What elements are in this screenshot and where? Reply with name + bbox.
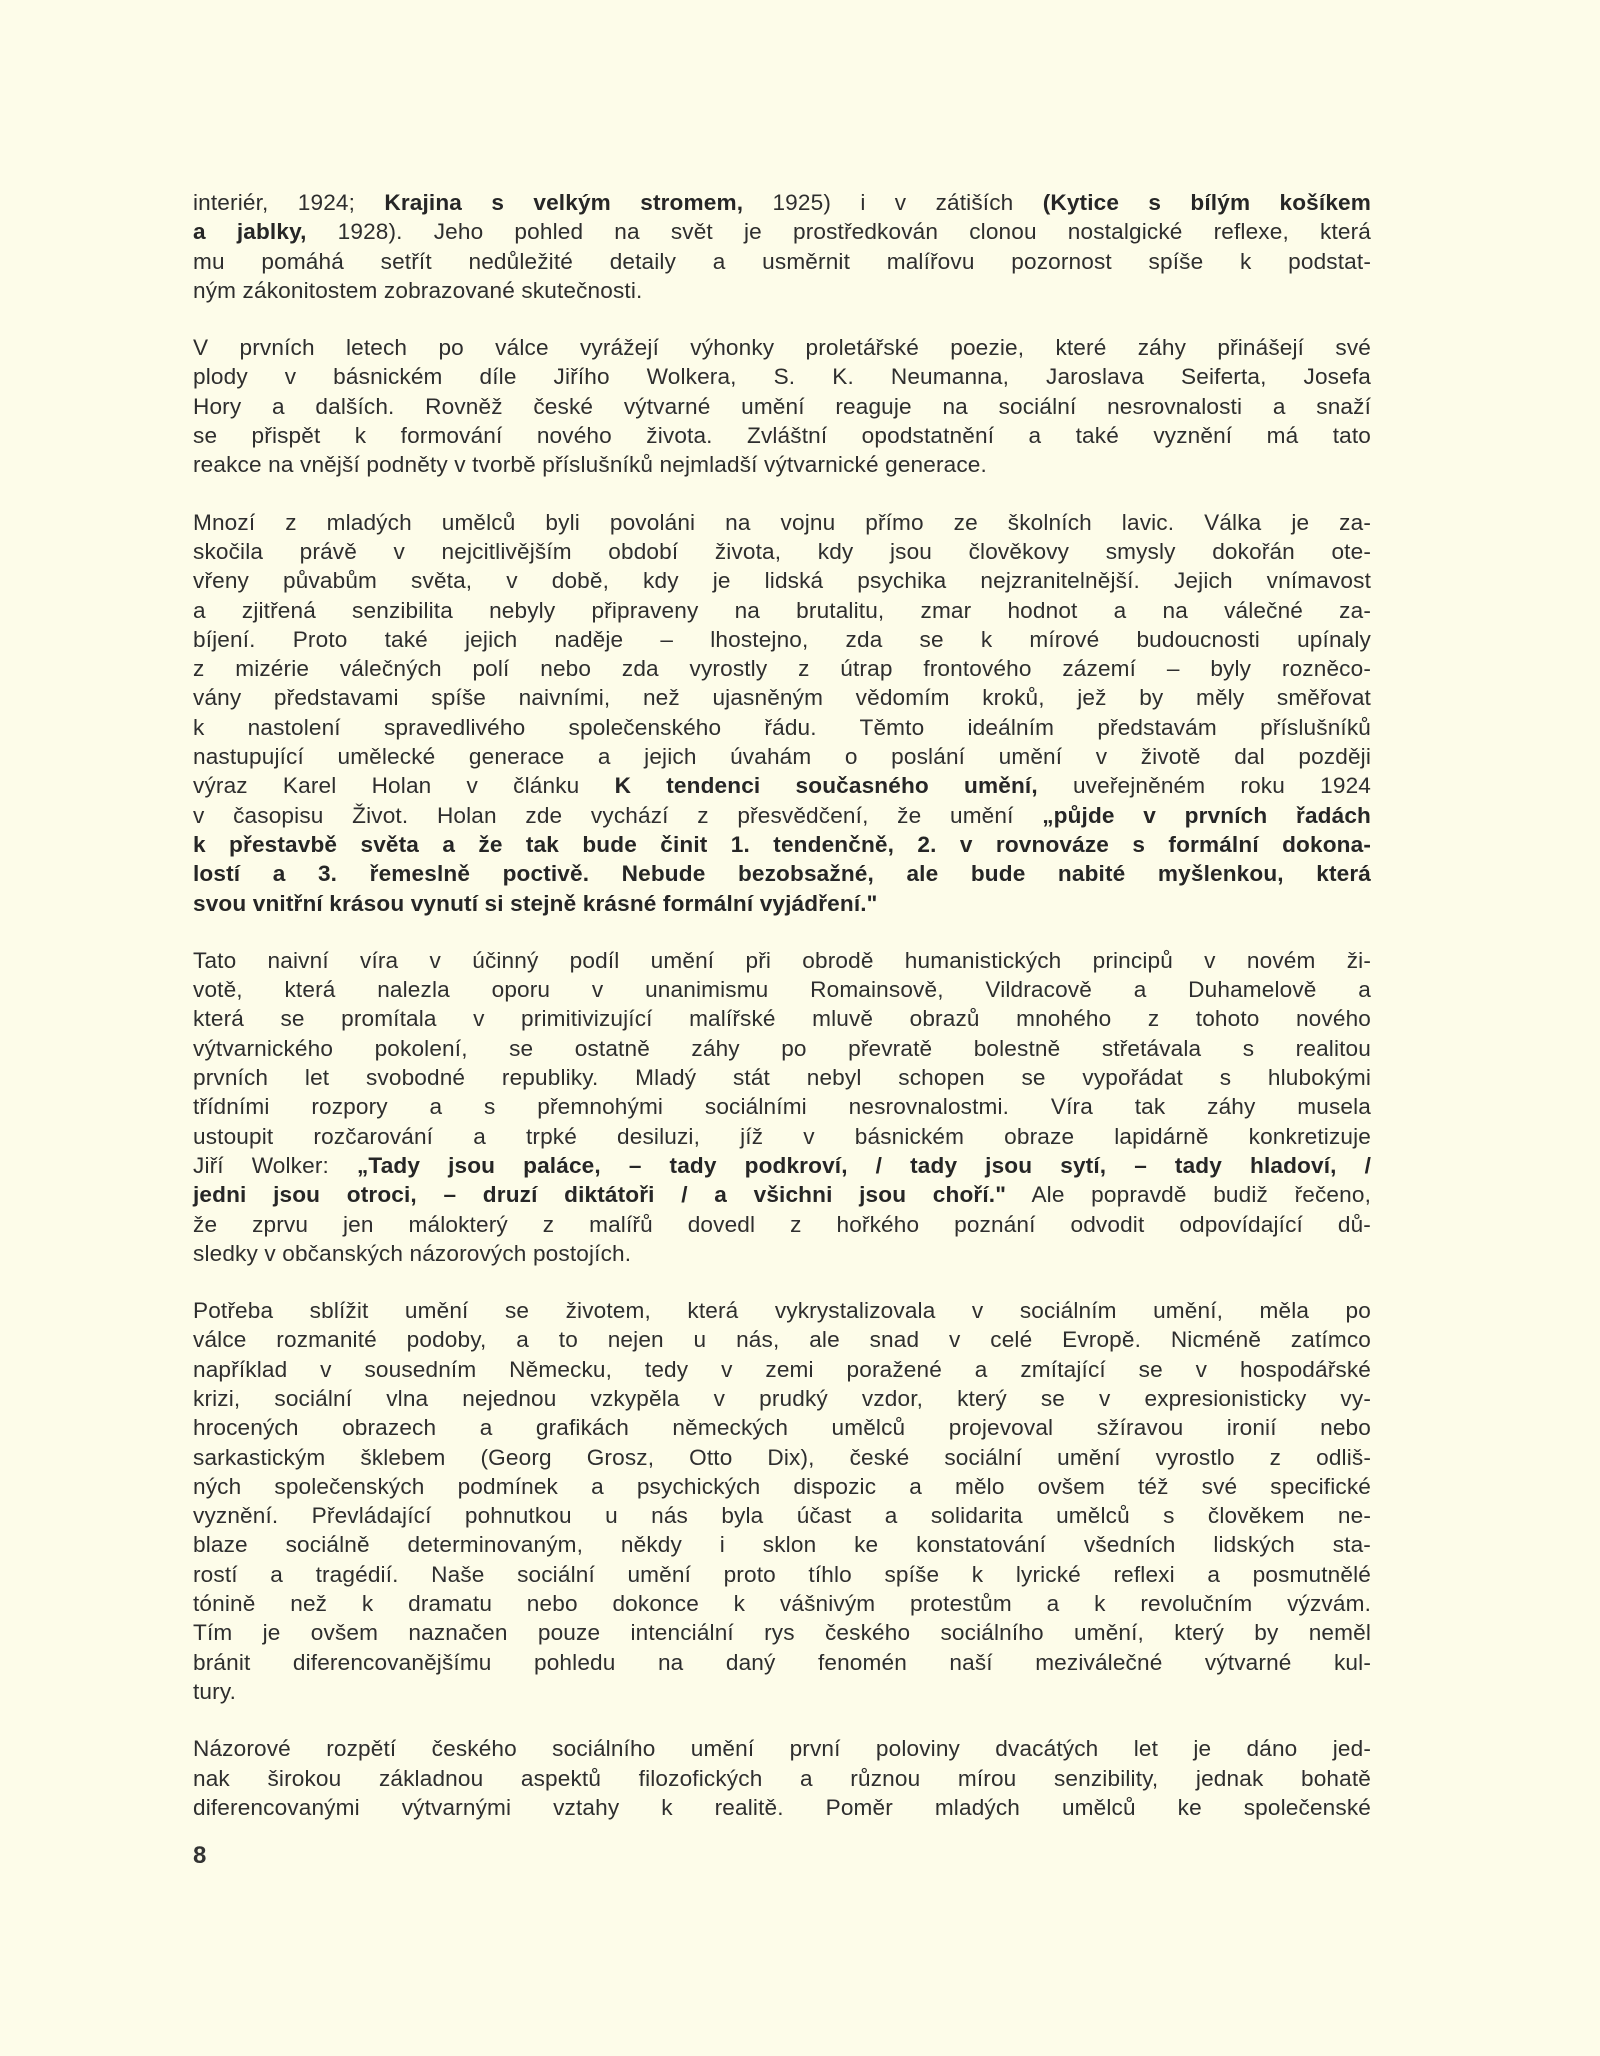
text-line: prvních let svobodné republiky. Mladý st…: [193, 1063, 1371, 1092]
text-line: třídními rozpory a s přemnohými sociální…: [193, 1092, 1371, 1121]
paragraph: interiér, 1924; Krajina s velkým stromem…: [193, 188, 1371, 305]
text-line: ných společenských podmínek a psychickýc…: [193, 1472, 1371, 1501]
text-run: uveřejněném roku 1924: [1038, 773, 1371, 798]
text-line: sarkastickým šklebem (Georg Grosz, Otto …: [193, 1443, 1371, 1472]
text-run: bránit diferencovanějšímu pohledu na dan…: [193, 1650, 1371, 1675]
text-line: k přestavbě světa a že tak bude činit 1.…: [193, 830, 1371, 859]
text-line: sledky v občanských názorových postojích…: [193, 1239, 1371, 1268]
text-line: Potřeba sblížit umění se životem, která …: [193, 1296, 1371, 1325]
text-line: výtvarnického pokolení, se ostatně záhy …: [193, 1034, 1371, 1063]
text-line: Tím je ovšem naznačen pouze intenciální …: [193, 1618, 1371, 1647]
text-line: diferencovanými výtvarnými vztahy k real…: [193, 1793, 1371, 1822]
text-run: válce rozmanité podoby, a to nejen u nás…: [193, 1327, 1371, 1352]
text-run: v časopisu Život. Holan zde vychází z př…: [193, 803, 1042, 828]
bold-text-run: K tendenci současného umění,: [615, 773, 1038, 798]
text-run: výtvarnického pokolení, se ostatně záhy …: [193, 1036, 1371, 1061]
text-run: bíjení. Proto také jejich naděje – lhost…: [193, 627, 1371, 652]
text-run: Ale popravdě budiž řečeno,: [1006, 1182, 1371, 1207]
text-run: ných společenských podmínek a psychickýc…: [193, 1474, 1371, 1499]
text-line: k nastolení spravedlivého společenského …: [193, 713, 1371, 742]
text-run: například v sousedním Německu, tedy v ze…: [193, 1357, 1371, 1382]
text-line: V prvních letech po válce vyrážejí výhon…: [193, 333, 1371, 362]
text-line: z mizérie válečných polí nebo zda vyrost…: [193, 654, 1371, 683]
text-run: hrocených obrazech a grafikách německých…: [193, 1415, 1371, 1440]
bold-text-run: svou vnitřní krásou vynutí si stejně krá…: [193, 891, 878, 916]
text-line: Mnozí z mladých umělců byli povoláni na …: [193, 508, 1371, 537]
text-run: Mnozí z mladých umělců byli povoláni na …: [193, 510, 1371, 535]
text-line: jedni jsou otroci, – druzí diktátoři / a…: [193, 1180, 1371, 1209]
paragraph: Tato naivní víra v účinný podíl umění př…: [193, 946, 1371, 1268]
text-run: skočila právě v nejcitlivějším období ži…: [193, 539, 1371, 564]
text-line: Hory a dalších. Rovněž české výtvarné um…: [193, 392, 1371, 421]
text-line: krizi, sociální vlna nejednou vzkypěla v…: [193, 1384, 1371, 1413]
paragraph: Mnozí z mladých umělců byli povoláni na …: [193, 508, 1371, 918]
text-line: Tato naivní víra v účinný podíl umění př…: [193, 946, 1371, 975]
text-run: vány představami spíše naivními, než uja…: [193, 685, 1371, 710]
text-line: vřeny půvabům světa, v době, kdy je lids…: [193, 566, 1371, 595]
text-run: Hory a dalších. Rovněž české výtvarné um…: [193, 394, 1371, 419]
text-line: tónině než k dramatu nebo dokonce k vášn…: [193, 1589, 1371, 1618]
text-line: rostí a tragédií. Naše sociální umění pr…: [193, 1560, 1371, 1589]
text-run: vyznění. Převládající pohnutkou u nás by…: [193, 1503, 1371, 1528]
text-line: mu pomáhá setřít nedůležité detaily a us…: [193, 247, 1371, 276]
text-run: vřeny půvabům světa, v době, kdy je lids…: [193, 568, 1371, 593]
text-run: tónině než k dramatu nebo dokonce k vášn…: [193, 1591, 1371, 1616]
text-line: výraz Karel Holan v článku K tendenci so…: [193, 771, 1371, 800]
page-body: interiér, 1924; Krajina s velkým stromem…: [193, 188, 1371, 1850]
page-number: 8: [193, 1842, 206, 1870]
text-line: ustoupit rozčarování a trpké desiluzi, j…: [193, 1122, 1371, 1151]
text-line: v časopisu Život. Holan zde vychází z př…: [193, 801, 1371, 830]
text-line: svou vnitřní krásou vynutí si stejně krá…: [193, 889, 1371, 918]
text-run: 1925) i v zátiších: [743, 190, 1043, 215]
text-run: třídními rozpory a s přemnohými sociální…: [193, 1094, 1371, 1119]
text-run: prvních let svobodné republiky. Mladý st…: [193, 1065, 1371, 1090]
text-line: která se promítala v primitivizující mal…: [193, 1004, 1371, 1033]
text-run: rostí a tragédií. Naše sociální umění pr…: [193, 1562, 1371, 1587]
text-run: nastupující umělecké generace a jejich ú…: [193, 744, 1371, 769]
text-line: vyznění. Převládající pohnutkou u nás by…: [193, 1501, 1371, 1530]
text-line: hrocených obrazech a grafikách německých…: [193, 1413, 1371, 1442]
text-run: tury.: [193, 1679, 236, 1704]
text-run: plody v básnickém díle Jiřího Wolkera, S…: [193, 364, 1371, 389]
bold-text-run: (Kytice s bílým košíkem: [1043, 190, 1371, 215]
text-run: nak širokou základnou aspektů filozofick…: [193, 1766, 1371, 1791]
text-run: k nastolení spravedlivého společenského …: [193, 715, 1371, 740]
text-line: reakce na vnější podněty v tvorbě příslu…: [193, 450, 1371, 479]
text-line: lostí a 3. řemeslně poctivě. Nebude bezo…: [193, 859, 1371, 888]
text-run: Jiří Wolker:: [193, 1153, 357, 1178]
text-run: Tato naivní víra v účinný podíl umění př…: [193, 948, 1371, 973]
text-line: plody v básnickém díle Jiřího Wolkera, S…: [193, 362, 1371, 391]
text-run: diferencovanými výtvarnými vztahy k real…: [193, 1795, 1371, 1820]
text-run: V prvních letech po válce vyrážejí výhon…: [193, 335, 1371, 360]
text-run: sarkastickým šklebem (Georg Grosz, Otto …: [193, 1445, 1371, 1470]
text-run: 1928). Jeho pohled na svět je prostředko…: [307, 219, 1371, 244]
text-run: která se promítala v primitivizující mal…: [193, 1006, 1371, 1031]
text-line: skočila právě v nejcitlivějším období ži…: [193, 537, 1371, 566]
text-line: bránit diferencovanějšímu pohledu na dan…: [193, 1648, 1371, 1677]
text-run: ustoupit rozčarování a trpké desiluzi, j…: [193, 1124, 1371, 1149]
text-run: Potřeba sblížit umění se životem, která …: [193, 1298, 1371, 1323]
text-line: Jiří Wolker: „Tady jsou paláce, – tady p…: [193, 1151, 1371, 1180]
text-line: nak širokou základnou aspektů filozofick…: [193, 1764, 1371, 1793]
bold-text-run: „půjde v prvních řadách: [1042, 803, 1371, 828]
paragraph: V prvních letech po válce vyrážejí výhon…: [193, 333, 1371, 479]
text-run: že zprvu jen málokterý z malířů dovedl z…: [193, 1212, 1371, 1237]
text-line: že zprvu jen málokterý z malířů dovedl z…: [193, 1210, 1371, 1239]
text-line: tury.: [193, 1677, 1371, 1706]
bold-text-run: lostí a 3. řemeslně poctivě. Nebude bezo…: [193, 861, 1371, 886]
paragraph: Názorové rozpětí českého sociálního uměn…: [193, 1734, 1371, 1822]
text-run: výraz Karel Holan v článku: [193, 773, 615, 798]
text-line: blaze sociálně determinovaným, někdy i s…: [193, 1530, 1371, 1559]
text-line: votě, která nalezla oporu v unanimismu R…: [193, 975, 1371, 1004]
text-line: interiér, 1924; Krajina s velkým stromem…: [193, 188, 1371, 217]
text-run: se přispět k formování nového života. Zv…: [193, 423, 1371, 448]
text-line: ným zákonitostem zobrazované skutečnosti…: [193, 276, 1371, 305]
text-line: nastupující umělecké generace a jejich ú…: [193, 742, 1371, 771]
bold-text-run: „Tady jsou paláce, – tady podkroví, / ta…: [357, 1153, 1371, 1178]
text-line: se přispět k formování nového života. Zv…: [193, 421, 1371, 450]
text-run: votě, která nalezla oporu v unanimismu R…: [193, 977, 1371, 1002]
paragraph: Potřeba sblížit umění se životem, která …: [193, 1296, 1371, 1706]
text-run: a zjitřená senzibilita nebyly připraveny…: [193, 598, 1371, 623]
text-run: mu pomáhá setřít nedůležité detaily a us…: [193, 249, 1371, 274]
text-line: a jablky, 1928). Jeho pohled na svět je …: [193, 217, 1371, 246]
bold-text-run: k přestavbě světa a že tak bude činit 1.…: [193, 832, 1371, 857]
text-line: Názorové rozpětí českého sociálního uměn…: [193, 1734, 1371, 1763]
bold-text-run: a jablky,: [193, 219, 307, 244]
text-run: interiér, 1924;: [193, 190, 384, 215]
text-run: reakce na vnější podněty v tvorbě příslu…: [193, 452, 987, 477]
text-line: vány představami spíše naivními, než uja…: [193, 683, 1371, 712]
text-run: blaze sociálně determinovaným, někdy i s…: [193, 1532, 1371, 1557]
text-line: a zjitřená senzibilita nebyly připraveny…: [193, 596, 1371, 625]
text-line: například v sousedním Německu, tedy v ze…: [193, 1355, 1371, 1384]
text-run: z mizérie válečných polí nebo zda vyrost…: [193, 656, 1371, 681]
text-run: Názorové rozpětí českého sociálního uměn…: [193, 1736, 1371, 1761]
text-run: sledky v občanských názorových postojích…: [193, 1241, 631, 1266]
bold-text-run: jedni jsou otroci, – druzí diktátoři / a…: [193, 1182, 1006, 1207]
text-run: Tím je ovšem naznačen pouze intenciální …: [193, 1620, 1371, 1645]
text-run: ným zákonitostem zobrazované skutečnosti…: [193, 278, 642, 303]
text-line: válce rozmanité podoby, a to nejen u nás…: [193, 1325, 1371, 1354]
text-line: bíjení. Proto také jejich naděje – lhost…: [193, 625, 1371, 654]
text-run: krizi, sociální vlna nejednou vzkypěla v…: [193, 1386, 1371, 1411]
bold-text-run: Krajina s velkým stromem,: [384, 190, 743, 215]
